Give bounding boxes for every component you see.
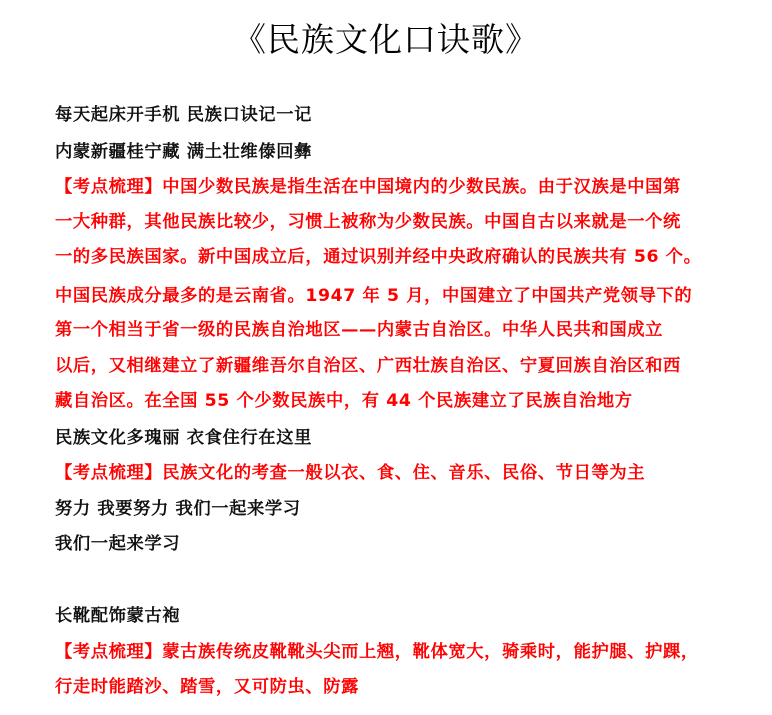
verse-line-5: 我们一起来学习 — [55, 532, 180, 556]
key-point-tag: 【考点梳理】 — [55, 463, 162, 483]
annotation-text: 以后，又相继建立了新疆维吾尔自治区、广西壮族自治区、宁夏回族自治区和西 — [55, 356, 681, 376]
annotation-text: 第一个相当于省一级的民族自治地区——内蒙古自治区。中华人民共和国成立 — [55, 320, 663, 340]
annotation-text: 民族文化的考查一般以衣、食、住、音乐、民俗、节日等为主 — [162, 463, 645, 483]
annotation-line-10: 行走时能踏沙、踏雪，又可防虫、防露 — [55, 675, 359, 699]
annotation-line-8: 【考点梳理】民族文化的考查一般以衣、食、住、音乐、民俗、节日等为主 — [55, 461, 645, 485]
verse-line-1: 每天起床开手机 民族口诀记一记 — [55, 103, 312, 127]
annotation-text: 蒙古族传统皮靴靴头尖而上翘，靴体宽大，骑乘时，能护腿、护踝， — [162, 642, 698, 662]
annotation-line-7: 藏自治区。在全国 55 个少数民族中，有 44 个民族建立了民族自治地方 — [55, 389, 633, 413]
annotation-text: 行走时能踏沙、踏雪，又可防虫、防露 — [55, 677, 359, 697]
annotation-line-5: 第一个相当于省一级的民族自治地区——内蒙古自治区。中华人民共和国成立 — [55, 318, 663, 342]
verse-text: 努力 我要努力 我们一起来学习 — [55, 499, 301, 519]
annotation-line-6: 以后，又相继建立了新疆维吾尔自治区、广西壮族自治区、宁夏回族自治区和西 — [55, 354, 681, 378]
annotation-text: 藏自治区。在全国 55 个少数民族中，有 44 个民族建立了民族自治地方 — [55, 391, 633, 411]
annotation-line-9: 【考点梳理】蒙古族传统皮靴靴头尖而上翘，靴体宽大，骑乘时，能护腿、护踝， — [55, 640, 699, 664]
verse-text: 内蒙新疆桂宁藏 满土壮维傣回彝 — [55, 142, 312, 162]
verse-text: 每天起床开手机 民族口诀记一记 — [55, 105, 312, 125]
verse-line-4: 努力 我要努力 我们一起来学习 — [55, 497, 301, 521]
verse-line-6: 长靴配饰蒙古袍 — [55, 604, 180, 628]
verse-text: 我们一起来学习 — [55, 534, 180, 554]
key-point-tag: 【考点梳理】 — [55, 177, 162, 197]
annotation-line-3: 一的多民族国家。新中国成立后，通过识别并经中央政府确认的民族共有 56 个。 — [55, 245, 701, 269]
annotation-text: 一的多民族国家。新中国成立后，通过识别并经中央政府确认的民族共有 56 个。 — [55, 247, 701, 267]
document-page: 《民族文化口诀歌》 每天起床开手机 民族口诀记一记 内蒙新疆桂宁藏 满土壮维傣回… — [0, 0, 772, 715]
document-title: 《民族文化口诀歌》 — [0, 18, 772, 62]
annotation-line-4: 中国民族成分最多的是云南省。1947 年 5 月，中国建立了中国共产党领导下的 — [55, 284, 692, 308]
annotation-text: 中国少数民族是指生活在中国境内的少数民族。由于汉族是中国第 — [162, 177, 681, 197]
verse-text: 长靴配饰蒙古袍 — [55, 606, 180, 626]
annotation-text: 中国民族成分最多的是云南省。1947 年 5 月，中国建立了中国共产党领导下的 — [55, 286, 692, 306]
key-point-tag: 【考点梳理】 — [55, 642, 162, 662]
annotation-text: 一大种群，其他民族比较少，习惯上被称为少数民族。中国自古以来就是一个统 — [55, 212, 681, 232]
annotation-line-1: 【考点梳理】中国少数民族是指生活在中国境内的少数民族。由于汉族是中国第 — [55, 175, 681, 199]
verse-line-2: 内蒙新疆桂宁藏 满土壮维傣回彝 — [55, 140, 312, 164]
annotation-line-2: 一大种群，其他民族比较少，习惯上被称为少数民族。中国自古以来就是一个统 — [55, 210, 681, 234]
verse-line-3: 民族文化多瑰丽 衣食住行在这里 — [55, 426, 312, 450]
verse-text: 民族文化多瑰丽 衣食住行在这里 — [55, 428, 312, 448]
